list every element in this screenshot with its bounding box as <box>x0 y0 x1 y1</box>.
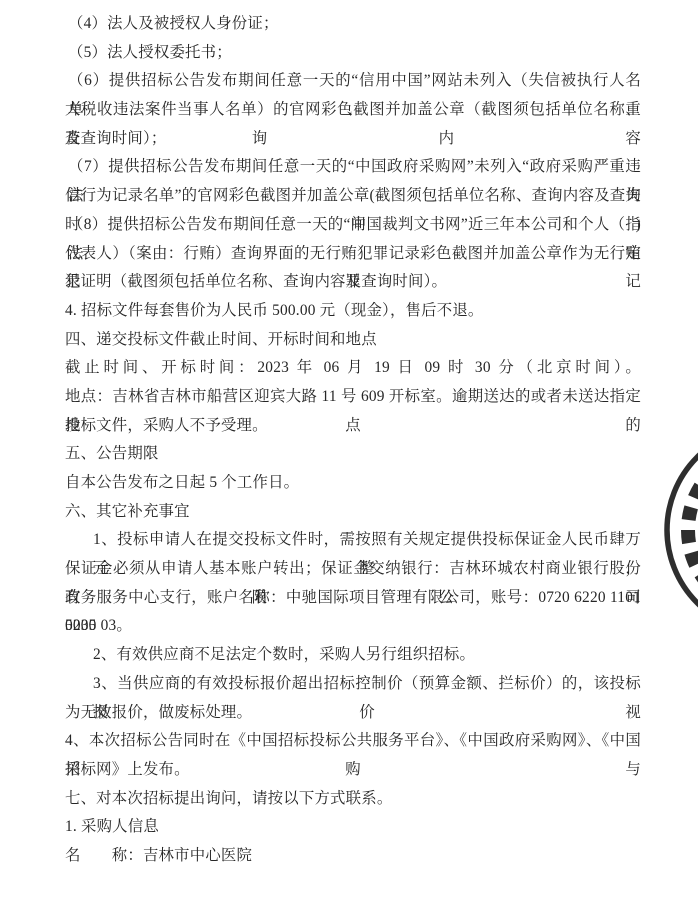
clause-5-authorization: （5）法人授权委托书； <box>65 39 641 68</box>
deadline-time-line: 截止时间、开标时间：2023 年 06 月 19 日 09 时 30 分（北京时… <box>65 354 641 383</box>
notice-period-line: 自本公告发布之日起 5 个工作日。 <box>65 469 641 498</box>
purchaser-info-heading: 1. 采购人信息 <box>65 813 641 842</box>
clause-6-line-1: （6）提供招标公告发布期间任意一天的“信用中国”网站未列入（失信被执行人名单、重 <box>65 67 641 96</box>
supplement-1-line-4: 0035 03。 <box>65 612 641 641</box>
heading-section-5: 五、公告期限 <box>65 440 641 469</box>
supplement-4-line-1: 4、本次招标公告同时在《中国招标投标公共服务平台》、《中国政府采购网》、《中国采… <box>65 727 641 756</box>
purchaser-name-line: 名 称：吉林市中心医院 <box>65 842 641 871</box>
clause-4-id-card: （4）法人及被授权人身份证； <box>65 10 641 39</box>
address-line-1: 地点：吉林省吉林市船营区迎宾大路 11 号 609 开标室。逾期送达的或者未送达… <box>65 383 641 412</box>
heading-section-4: 四、递交投标文件截止时间、开标时间和地点 <box>65 326 641 355</box>
supplement-1-line-3: 政务服务中心支行，账户名称：中驰国际项目管理有限公司，账号：0720 6220 … <box>65 584 641 613</box>
official-seal <box>655 425 698 645</box>
clause-6-line-2: 大税收违法案件当事人名单）的官网彩色截图并加盖公章（截图须包括单位名称、查询内容 <box>65 96 641 125</box>
supplement-1-line-2: 保证金必须从申请人基本账户转出；保证金交纳银行：吉林环城农村商业银行股份有限公司 <box>65 555 641 584</box>
doc-price-line: 4. 招标文件每套售价为人民币 500.00 元（现金），售后不退。 <box>65 297 641 326</box>
supplement-3-line-1: 3、当供应商的有效投标报价超出招标控制价（预算金额、拦标价）的，该投标报价视 <box>65 670 641 699</box>
supplement-1-line-1: 1、投标申请人在提交投标文件时，需按照有关规定提供投标保证金人民币肆万元整， <box>65 526 641 555</box>
clause-7-line-2: 信行为记录名单”的官网彩色截图并加盖公章(截图须包括单位名称、查询内容及查询时间… <box>65 182 641 211</box>
heading-section-7: 七、对本次招标提出询问，请按以下方式联系。 <box>65 785 641 814</box>
document-page: （4）法人及被授权人身份证； （5）法人授权委托书； （6）提供招标公告发布期间… <box>0 0 698 897</box>
document-body: （4）法人及被授权人身份证； （5）法人授权委托书； （6）提供招标公告发布期间… <box>65 10 641 871</box>
clause-8-line-1: （8）提供招标公告发布期间任意一天的“中国裁判文书网”近三年本公司和个人（指法定 <box>65 211 641 240</box>
clause-7-line-1: （7）提供招标公告发布期间任意一天的“中国政府采购网”未列入“政府采购严重违法失 <box>65 153 641 182</box>
clause-8-line-2: 代表人）（案由：行贿）查询界面的无行贿犯罪记录彩色截图并加盖公章作为无行贿犯罪记 <box>65 240 641 269</box>
supplement-2-line: 2、有效供应商不足法定个数时，采购人另行组织招标。 <box>65 641 641 670</box>
heading-section-6: 六、其它补充事宜 <box>65 498 641 527</box>
